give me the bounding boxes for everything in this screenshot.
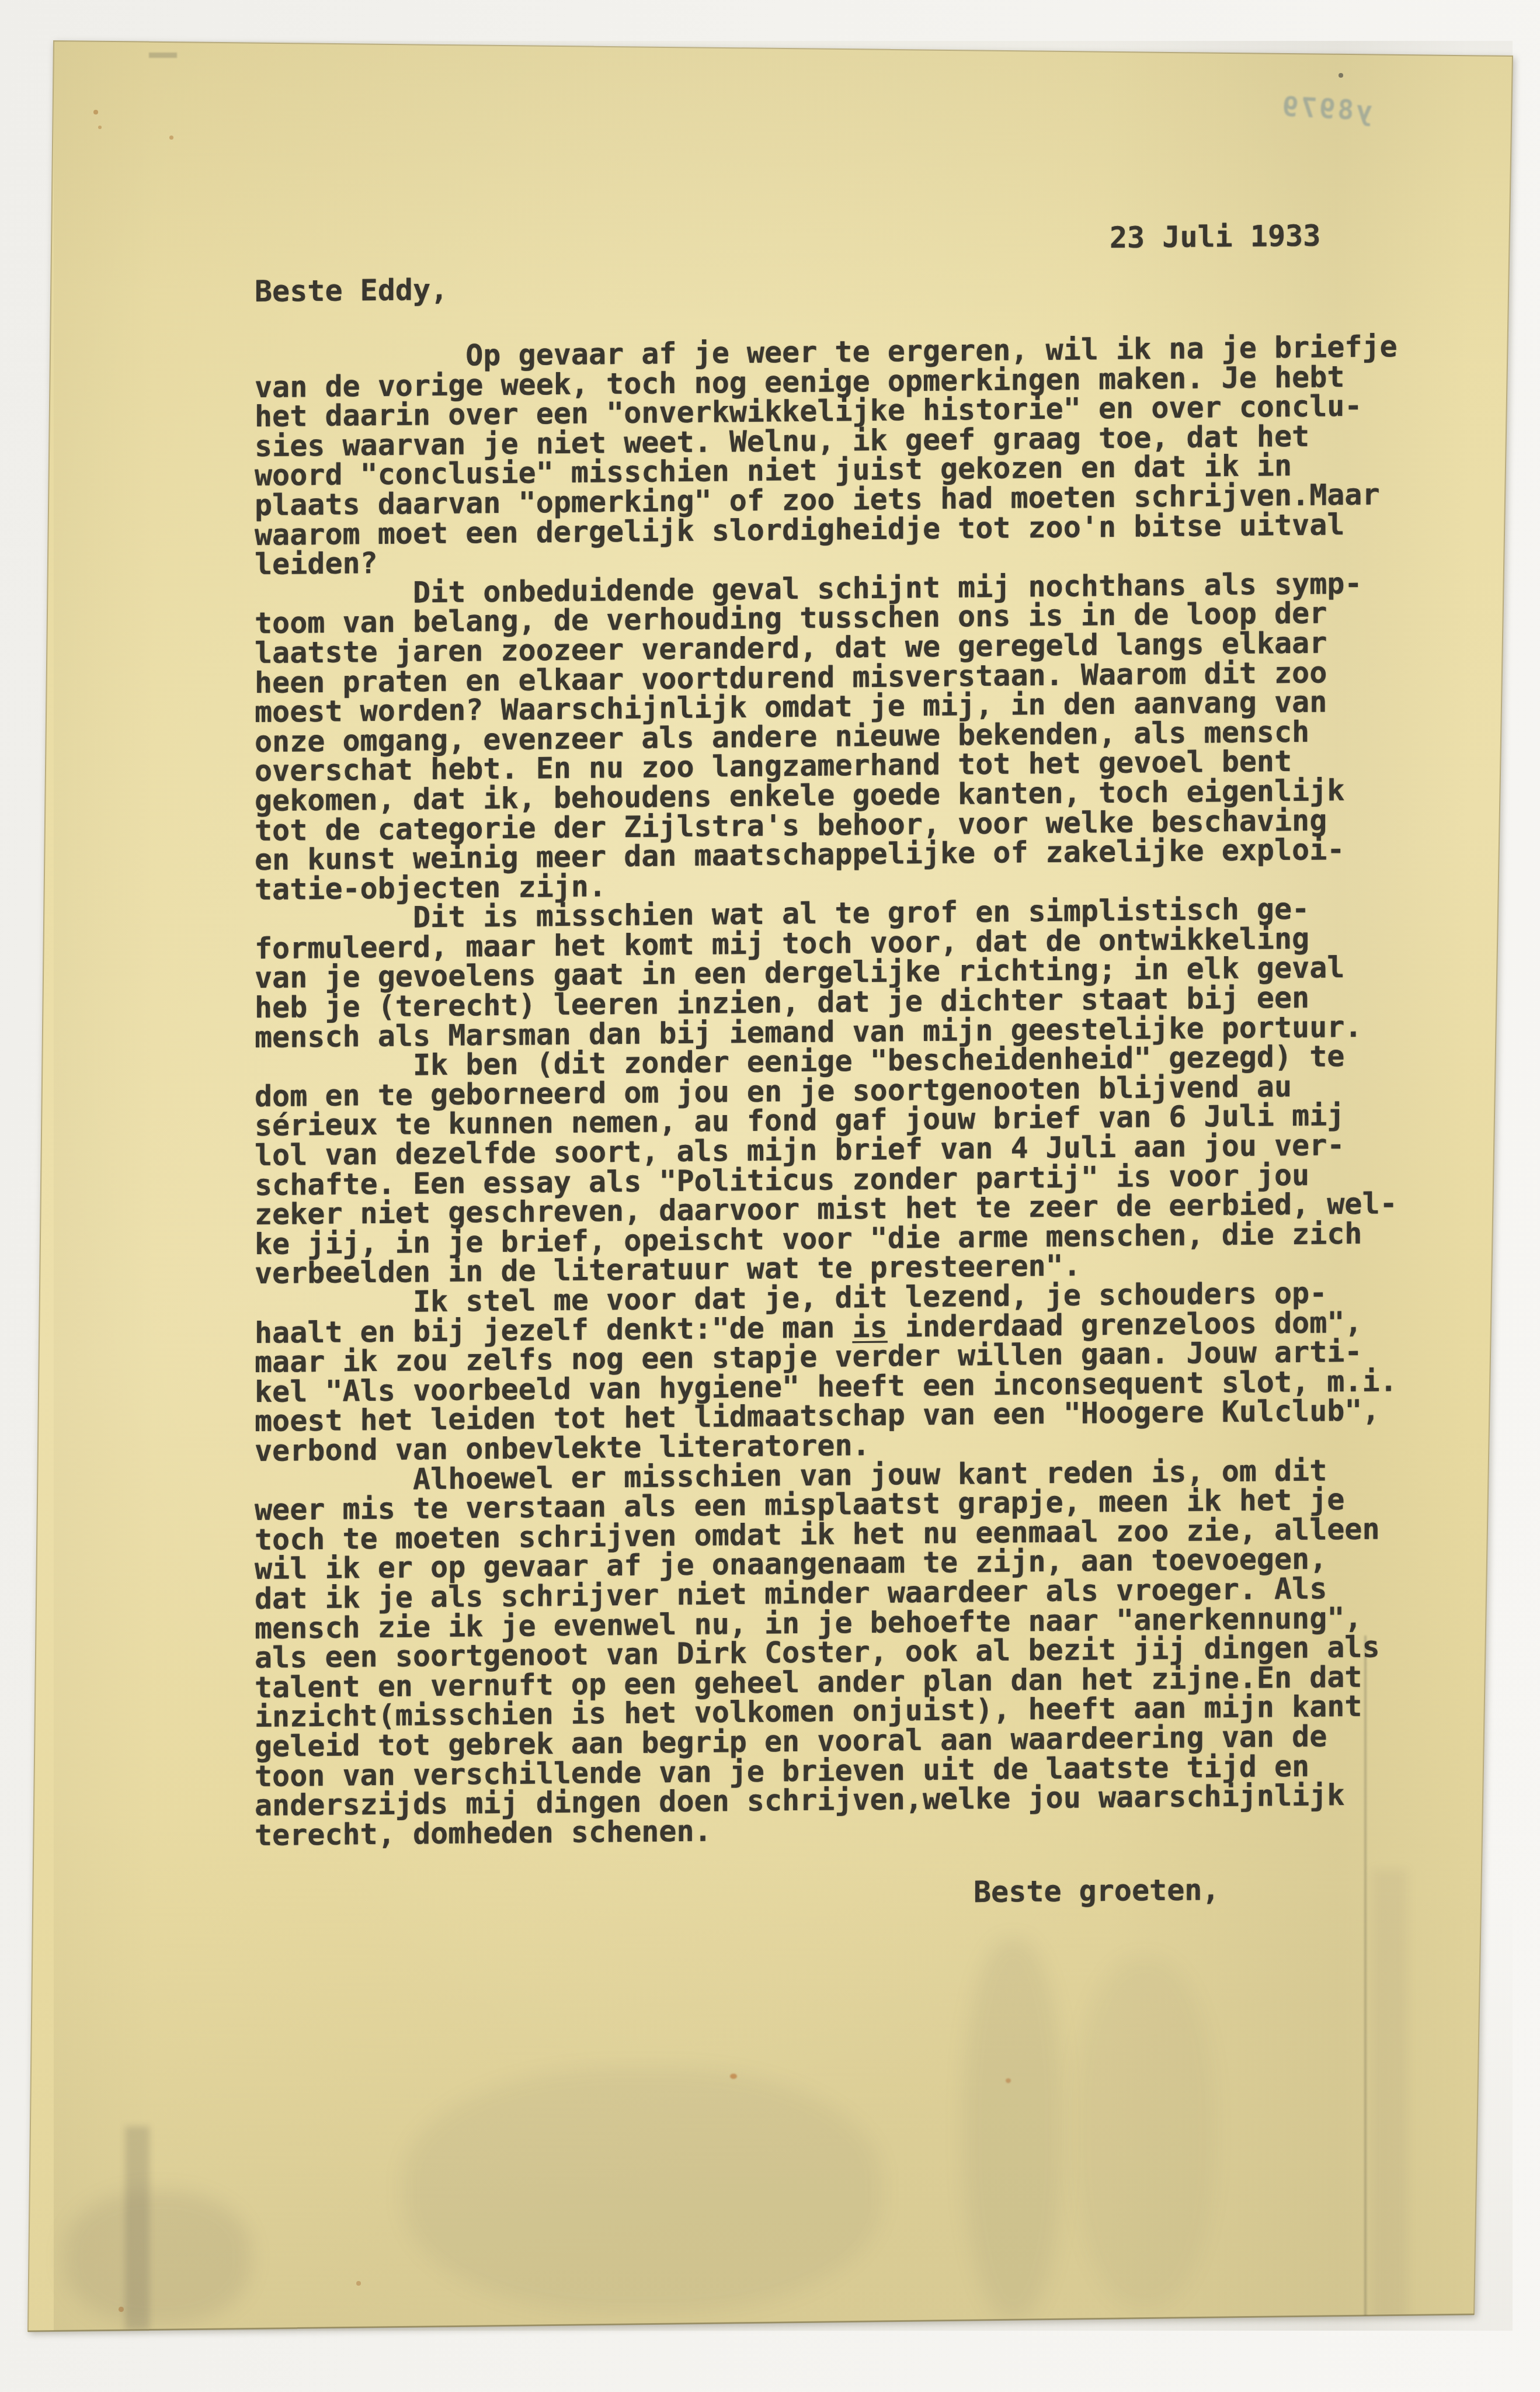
letter-date: 23 Juli 1933 (1110, 221, 1320, 252)
typewritten-letter: 23 Juli 1933 Beste Eddy, Op gevaar af je… (255, 0, 1469, 2103)
scanned-letter-page: y8979 23 Juli 1933 Beste Eddy, Op gevaar… (0, 0, 1540, 2392)
letter-salutation: Beste Eddy, (255, 275, 448, 307)
letter-body: Op gevaar af je weer te ergeren, wil ik … (255, 332, 1398, 1850)
letter-closing: Beste groeten, (974, 1875, 1219, 1907)
